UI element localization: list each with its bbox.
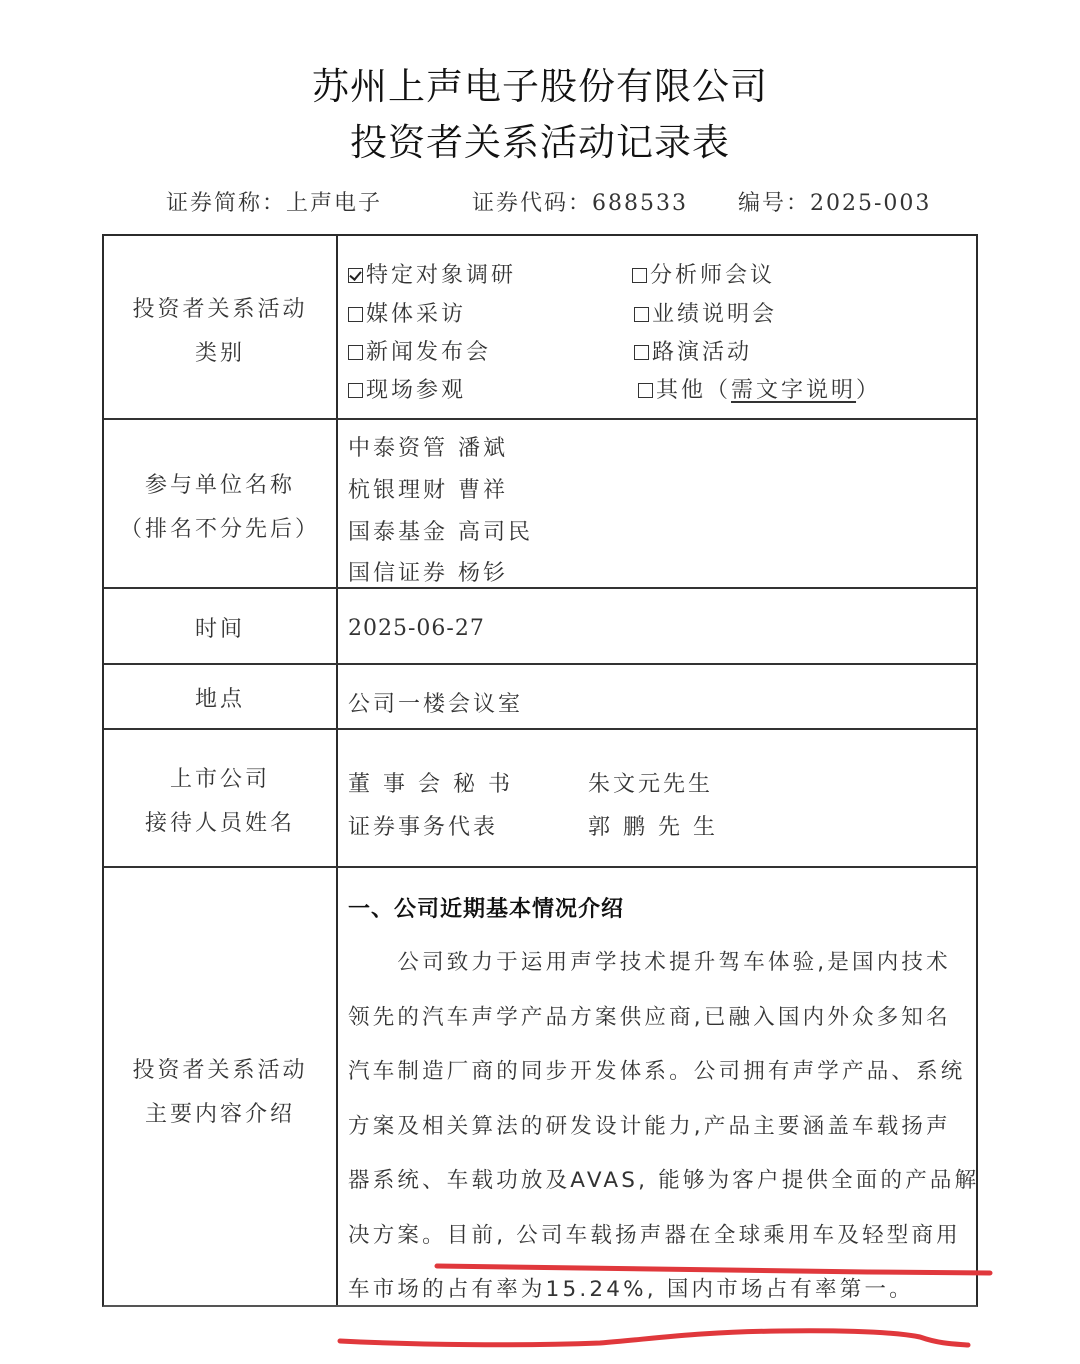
reception-title: 董 事 会 秘 书	[348, 767, 513, 798]
column-divider	[336, 236, 338, 1305]
checkbox-icon[interactable]	[348, 383, 363, 398]
category-options: 特定对象调研 分析师会议 媒体采访 业绩说明会 新闻发布会 路演活动 现场参观 …	[348, 236, 966, 416]
participant-item: 国信证券 杨钐	[348, 556, 508, 587]
record-table: 投资者关系活动 类别 特定对象调研 分析师会议 媒体采访 业绩说明会 新闻发布会…	[102, 234, 978, 1307]
security-short-name: 证券简称：上声电子	[166, 186, 382, 217]
highlight-underline-2	[340, 1331, 968, 1345]
option-specific-research[interactable]: 特定对象调研	[348, 258, 516, 289]
participant-item: 中泰资管 潘斌	[348, 431, 508, 462]
checkbox-icon[interactable]	[638, 383, 653, 398]
company-title: 苏州上声电子股份有限公司	[0, 56, 1080, 110]
row-divider	[104, 418, 976, 420]
option-earnings-briefing[interactable]: 业绩说明会	[634, 297, 777, 328]
category-label: 投资者关系活动 类别	[104, 288, 336, 376]
checkbox-icon[interactable]	[348, 307, 363, 322]
security-code: 证券代码：688533	[472, 186, 688, 217]
checkbox-checked-icon[interactable]	[348, 268, 363, 283]
reception-title: 证券事务代表	[348, 810, 498, 841]
row-divider	[104, 663, 976, 665]
form-title: 投资者关系活动记录表	[0, 112, 1080, 166]
option-media-interview[interactable]: 媒体采访	[348, 297, 466, 328]
option-roadshow[interactable]: 路演活动	[634, 335, 752, 366]
other-note: 需文字说明	[731, 378, 856, 403]
serial-number: 编号：2025-003	[738, 186, 931, 217]
section-heading: 一、公司近期基本情况介绍	[348, 892, 966, 923]
reception-name: 朱文元先生	[588, 767, 713, 798]
checkbox-icon[interactable]	[348, 345, 363, 360]
intro-paragraph: 公司致力于运用声学技术提升驾车体验,是国内技术 领先的汽车声学产品方案供应商,已…	[348, 936, 972, 1318]
option-press-conference[interactable]: 新闻发布会	[348, 335, 491, 366]
checkbox-icon[interactable]	[634, 345, 649, 360]
content-label: 投资者关系活动 主要内容介绍	[104, 1049, 336, 1137]
time-label: 时间	[104, 608, 336, 652]
checkbox-icon[interactable]	[632, 268, 647, 283]
checkbox-icon[interactable]	[634, 307, 649, 322]
location-value: 公司一楼会议室	[348, 687, 523, 718]
participant-item: 杭银理财 曹祥	[348, 473, 508, 504]
row-divider	[104, 587, 976, 589]
reception-name: 郭 鹏 先 生	[588, 810, 718, 841]
time-value: 2025-06-27	[348, 616, 485, 641]
option-other[interactable]: 其他（需文字说明）	[638, 373, 881, 404]
location-label: 地点	[104, 678, 336, 722]
reception-label: 上市公司 接待人员姓名	[104, 758, 336, 846]
row-divider	[104, 728, 976, 730]
option-site-visit[interactable]: 现场参观	[348, 373, 466, 404]
row-divider	[104, 866, 976, 868]
option-analyst-meeting[interactable]: 分析师会议	[632, 258, 775, 289]
participant-item: 国泰基金 高司民	[348, 515, 533, 546]
participants-label: 参与单位名称 （排名不分先后）	[104, 464, 336, 552]
